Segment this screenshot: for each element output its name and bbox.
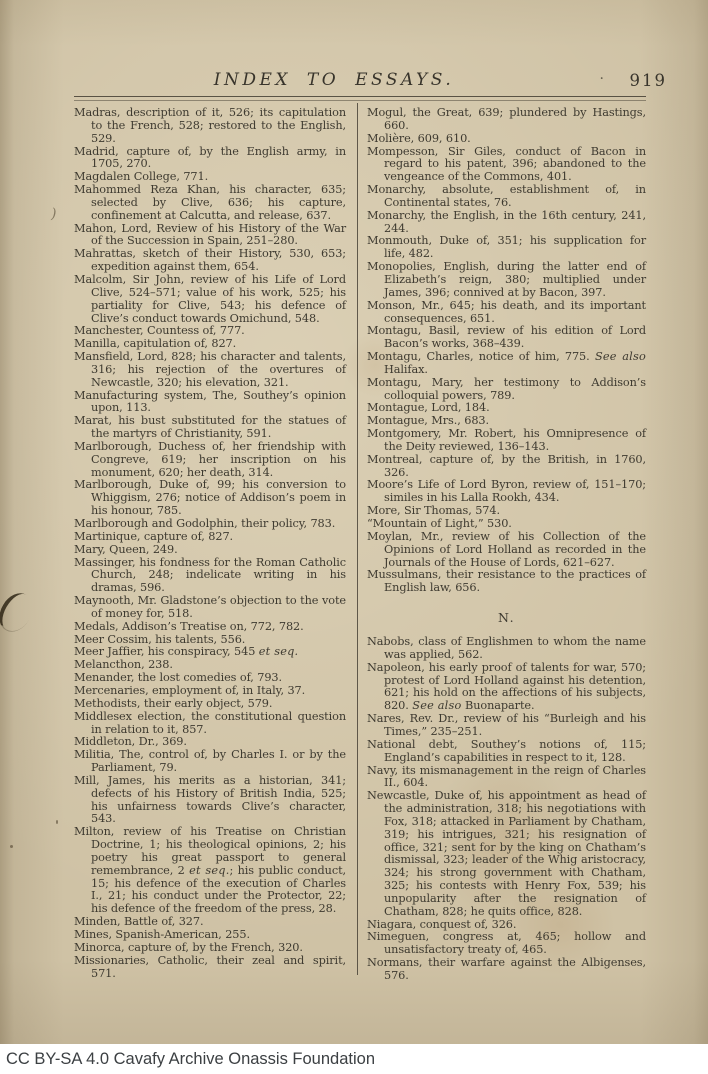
index-entry: Mercenaries, employment of, in Italy, 37…: [74, 685, 346, 698]
index-entry: Methodists, their early object, 579.: [74, 698, 346, 711]
index-entry: Marat, his bust substituted for the stat…: [74, 415, 346, 441]
attribution-bar: CC BY-SA 4.0 Cavafy Archive Onassis Foun…: [0, 1044, 708, 1074]
index-entry: Nabobs, class of Englishmen to whom the …: [367, 636, 646, 662]
index-entry: Mahrattas, sketch of their History, 530,…: [74, 248, 346, 274]
index-entry: Marlborough, Duke of, 99; his conversion…: [74, 479, 346, 518]
index-entry: Montgomery, Mr. Robert, his Omnipresence…: [367, 428, 646, 454]
section-heading-n: N.: [367, 610, 646, 625]
column-divider: [357, 103, 358, 975]
index-entry: Manufacturing system, The, Southey’s opi…: [74, 390, 346, 416]
license-text: CC BY-SA 4.0 Cavafy Archive Onassis Foun…: [6, 1050, 375, 1069]
header-separator-dot: ·: [600, 71, 604, 87]
index-entry: Monson, Mr., 645; his death, and its imp…: [367, 300, 646, 326]
index-entry: Milton, review of his Treatise on Christ…: [74, 826, 346, 916]
index-entry: Montreal, capture of, by the British, in…: [367, 454, 646, 480]
index-entry: Molière, 609, 610.: [367, 133, 646, 146]
index-entry: Napoleon, his early proof of talents for…: [367, 662, 646, 713]
index-entry: Nares, Rev. Dr., review of his “Burleigh…: [367, 713, 646, 739]
index-entry: Marlborough and Godolphin, their policy,…: [74, 518, 346, 531]
index-entry: Madrid, capture of, by the English army,…: [74, 146, 346, 172]
index-entry: Montagu, Basil, review of his edition of…: [367, 325, 646, 351]
index-entry: Normans, their warfare against the Albig…: [367, 957, 646, 983]
index-entry: Mill, James, his merits as a historian, …: [74, 775, 346, 826]
header-rule: [74, 96, 646, 101]
index-entry: Nimeguen, congress at, 465; hollow and u…: [367, 931, 646, 957]
index-entry: Mansfield, Lord, 828; his character and …: [74, 351, 346, 390]
index-entry: National debt, Southey’s notions of, 115…: [367, 739, 646, 765]
index-entry: Newcastle, Duke of, his appointment as h…: [367, 790, 646, 918]
index-entry: Middlesex election, the constitutional q…: [74, 711, 346, 737]
margin-mark: ): [51, 206, 56, 222]
index-entry: Mahon, Lord, Review of his History of th…: [74, 223, 346, 249]
index-entry: “Mountain of Light,” 530.: [367, 518, 646, 531]
index-section-n: Nabobs, class of Englishmen to whom the …: [367, 636, 646, 983]
index-entry: Monarchy, the English, in the 16th centu…: [367, 210, 646, 236]
ink-smudge: [0, 587, 39, 638]
index-entry: Minorca, capture of, by the French, 320.: [74, 942, 346, 955]
paper-speck: [56, 820, 58, 824]
index-entry: Maynooth, Mr. Gladstone’s objection to t…: [74, 595, 346, 621]
index-entry: Montagu, Charles, notice of him, 775. Se…: [367, 351, 646, 377]
scanned-book-page: INDEX TO ESSAYS. · 919 Madras, descripti…: [0, 0, 708, 1044]
index-entry: Mary, Queen, 249.: [74, 544, 346, 557]
index-entry: Monarchy, absolute, establishment of, in…: [367, 184, 646, 210]
index-entry: Montagu, Mary, her testimony to Addison’…: [367, 377, 646, 403]
index-entry: Mompesson, Sir Giles, conduct of Bacon i…: [367, 146, 646, 185]
index-entry: Madras, description of it, 526; its capi…: [74, 107, 346, 146]
index-section-m-continued: Mogul, the Great, 639; plundered by Hast…: [367, 107, 646, 595]
index-entry: Moylan, Mr., review of his Collection of…: [367, 531, 646, 570]
index-entry: Mines, Spanish-American, 255.: [74, 929, 346, 942]
index-column-right: Mogul, the Great, 639; plundered by Hast…: [367, 107, 646, 983]
page-title: INDEX TO ESSAYS.: [0, 70, 668, 90]
index-entry: Militia, The, control of, by Charles I. …: [74, 749, 346, 775]
index-entry: Marlborough, Duchess of, her friendship …: [74, 441, 346, 480]
index-entry: Missionaries, Catholic, their zeal and s…: [74, 955, 346, 981]
index-entry: Navy, its mismanagement in the reign of …: [367, 765, 646, 791]
index-entry: Martinique, capture of, 827.: [74, 531, 346, 544]
index-entry: Monmouth, Duke of, 351; his supplication…: [367, 235, 646, 261]
index-entry: Monopolies, English, during the latter e…: [367, 261, 646, 300]
index-entry: Mahommed Reza Khan, his character, 635; …: [74, 184, 346, 223]
paper-speck: [10, 845, 13, 848]
index-entry: Moore’s Life of Lord Byron, review of, 1…: [367, 479, 646, 505]
index-entry: Mussulmans, their resistance to the prac…: [367, 569, 646, 595]
index-entry: Malcolm, Sir John, review of his Life of…: [74, 274, 346, 325]
index-entry: Medals, Addison’s Treatise on, 772, 782.: [74, 621, 346, 634]
index-entry: Mogul, the Great, 639; plundered by Hast…: [367, 107, 646, 133]
page-number: 919: [630, 71, 668, 90]
index-entry: Massinger, his fondness for the Roman Ca…: [74, 557, 346, 596]
index-column-left: Madras, description of it, 526; its capi…: [74, 107, 346, 980]
